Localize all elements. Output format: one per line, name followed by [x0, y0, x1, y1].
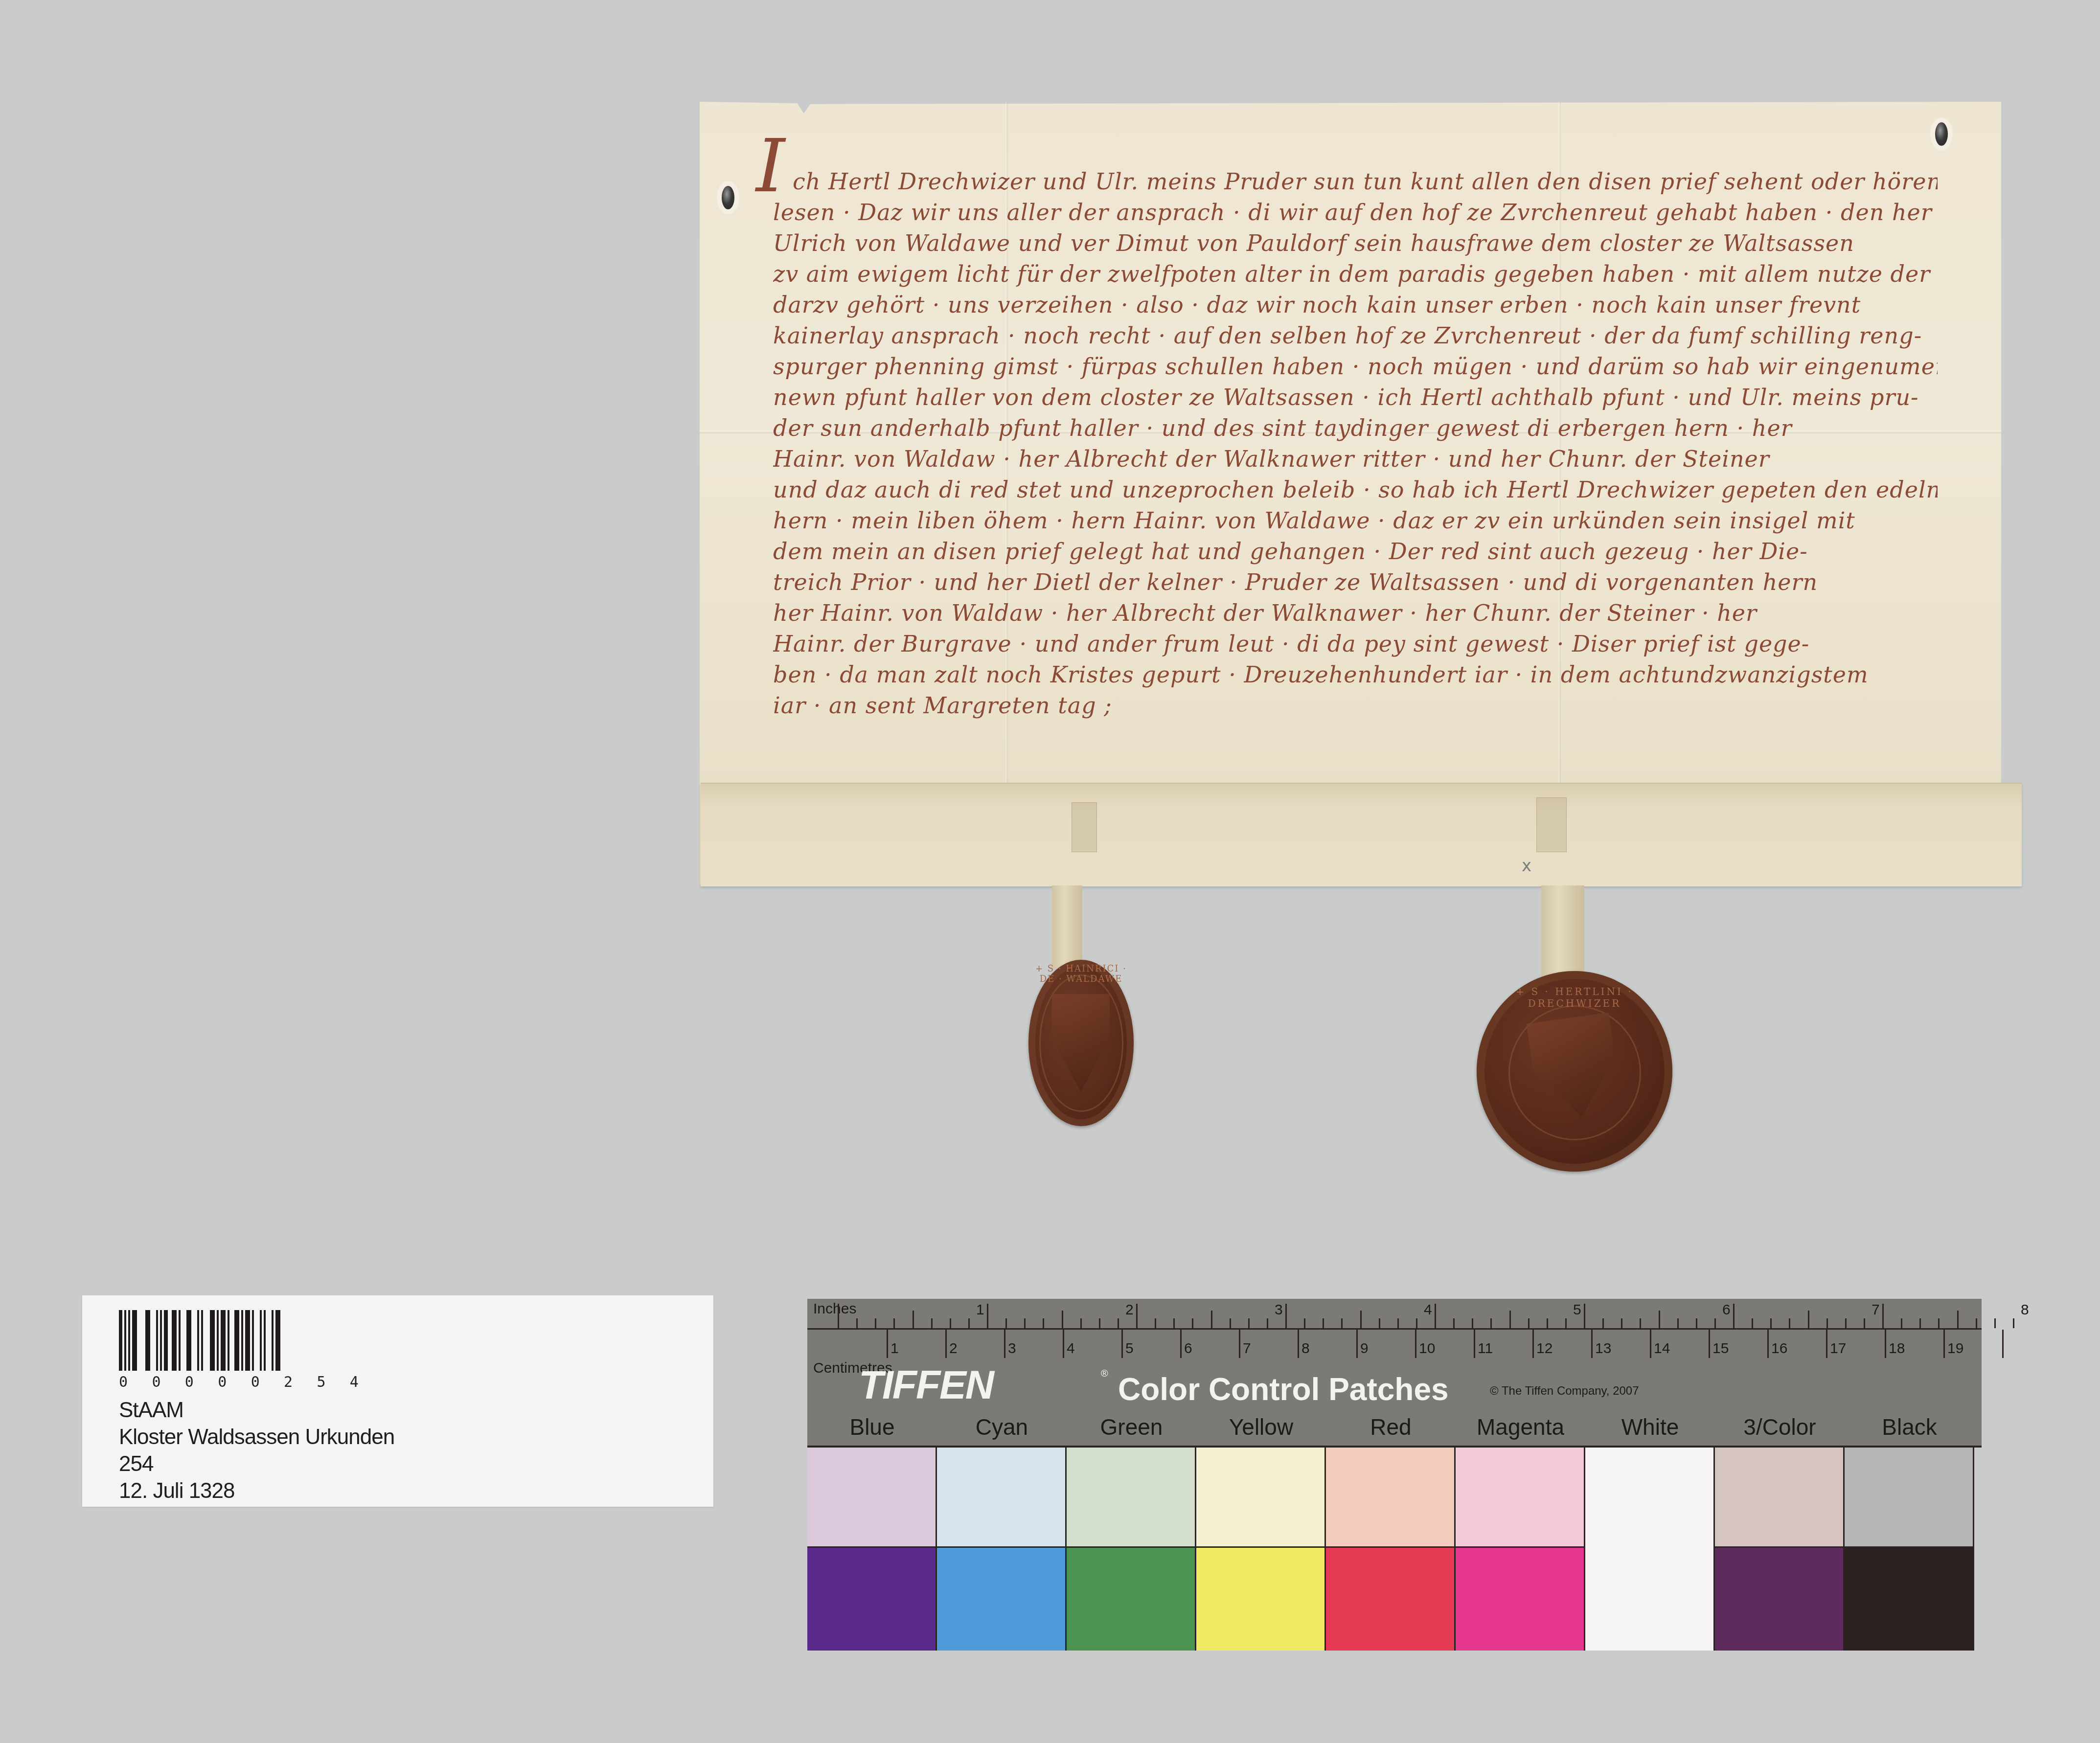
inch-tick: [931, 1318, 933, 1328]
barcode-digit: 0: [119, 1374, 128, 1391]
patch-label-green: Green: [1067, 1414, 1196, 1440]
text-line: newn pfunt haller von dem closter ze Wal…: [773, 382, 1938, 413]
inch-tick: [1043, 1318, 1044, 1328]
inch-tick: [1192, 1318, 1193, 1328]
color-patch-black-light: [1845, 1448, 1974, 1548]
patch-label-blue: Blue: [807, 1414, 937, 1440]
color-patches: [807, 1446, 1982, 1653]
inch-tick: [913, 1311, 914, 1328]
cm-tick: [1121, 1330, 1123, 1358]
inch-tick: [1005, 1318, 1007, 1328]
plica-flap: [701, 783, 2022, 886]
cm-tick-label: 6: [1184, 1340, 1192, 1357]
patch-label-black: Black: [1845, 1414, 1974, 1440]
inch-tick: [1696, 1318, 1697, 1328]
cm-tick: [1885, 1330, 1886, 1358]
color-patch-cyan-dark: [937, 1548, 1067, 1651]
text-line: und daz auch di red stet und unzeprochen…: [773, 475, 1938, 505]
document-number: 254: [119, 1452, 153, 1476]
inch-tick: [1752, 1318, 1753, 1328]
inches-label: Inches: [813, 1301, 856, 1317]
charter-text: ch Hertl Drechwizer und Ulr. meins Prude…: [773, 166, 1938, 721]
cm-tick: [1650, 1330, 1651, 1358]
inch-tick: [1173, 1318, 1175, 1328]
text-line: Hainr. von Waldaw · her Albrecht der Wal…: [773, 444, 1938, 475]
text-line: iar · an sent Margreten tag ;: [773, 690, 1938, 721]
cm-tick-label: 13: [1595, 1340, 1611, 1357]
pin-hole-icon: [1935, 122, 1948, 146]
inch-tick: [1565, 1318, 1567, 1328]
cm-tick-label: 11: [1478, 1340, 1493, 1357]
wax-seal-left: + S · HAINRICI · DE · WALDAWE: [1028, 960, 1134, 1126]
inch-tick: [1453, 1318, 1455, 1328]
barcode: [119, 1310, 280, 1371]
cm-tick: [945, 1330, 947, 1358]
patch-label-red: Red: [1326, 1414, 1456, 1440]
patch-label-magenta: Magenta: [1456, 1414, 1585, 1440]
text-line: spurger phenning gimst · fürpas schullen…: [773, 351, 1938, 382]
color-patch-cyan-light: [937, 1448, 1067, 1548]
cm-tick: [887, 1330, 888, 1358]
text-line: lesen · Daz wir uns aller der ansprach ·…: [773, 197, 1938, 228]
chart-title: Color Control Patches: [1118, 1371, 1449, 1407]
seal-slot: [1072, 802, 1097, 852]
tiffen-color-chart: Inches 12345678 123456789101112131415161…: [807, 1299, 1982, 1651]
barcode-number: 0 0 0 0 0 2 5 4: [119, 1374, 359, 1391]
inch-tick: [1714, 1318, 1716, 1328]
barcode-digit: 0: [152, 1374, 160, 1391]
text-line: Ulrich von Waldawe und ver Dimut von Pau…: [773, 228, 1938, 259]
inch-tick: [1976, 1318, 1977, 1328]
inch-tick: [1136, 1304, 1138, 1328]
cm-tick: [1474, 1330, 1475, 1358]
inch-tick: [1770, 1318, 1772, 1328]
registered-mark: ®: [1101, 1368, 1108, 1380]
inch-tick-label: 7: [1872, 1302, 1880, 1318]
barcode-digit: 4: [350, 1374, 359, 1391]
cm-tick-label: 9: [1360, 1340, 1369, 1357]
cm-tick: [2002, 1330, 2004, 1358]
inch-tick: [1118, 1318, 1119, 1328]
color-patch-yellow-dark: [1196, 1548, 1326, 1651]
inch-tick: [1621, 1318, 1622, 1328]
cm-tick-label: 19: [1947, 1340, 1963, 1357]
patch-label-yellow: Yellow: [1196, 1414, 1326, 1440]
inch-tick: [875, 1318, 876, 1328]
cm-tick: [1415, 1330, 1416, 1358]
cm-tick: [1004, 1330, 1005, 1358]
inch-tick: [1845, 1318, 1847, 1328]
color-patch-white: [1585, 1448, 1715, 1651]
cm-tick: [1356, 1330, 1358, 1358]
color-patch-magenta-dark: [1456, 1548, 1585, 1651]
seal-legend: + S · HAINRICI · DE · WALDAWE: [1028, 964, 1134, 984]
cm-tick: [1591, 1330, 1593, 1358]
cm-tick: [1943, 1330, 1945, 1358]
barcode-digit: 0: [185, 1374, 194, 1391]
inch-tick: [1733, 1304, 1735, 1328]
text-line: kainerlay ansprach · noch recht · auf de…: [773, 320, 1938, 351]
barcode-digit: 2: [284, 1374, 293, 1391]
inch-tick: [1994, 1318, 1996, 1328]
cm-tick: [1767, 1330, 1769, 1358]
cm-tick-label: 16: [1771, 1340, 1787, 1357]
inch-tick: [1882, 1304, 1884, 1328]
inch-tick-label: 3: [1275, 1302, 1283, 1318]
inch-tick: [1099, 1318, 1100, 1328]
patch-label-3color: 3/Color: [1715, 1414, 1845, 1440]
color-patch-red-dark: [1326, 1548, 1456, 1651]
cm-tick: [1180, 1330, 1182, 1358]
barcode-digit: 0: [251, 1374, 260, 1391]
cm-tick-label: 2: [949, 1340, 958, 1357]
cm-tick: [1063, 1330, 1064, 1358]
color-patch-3color-light: [1715, 1448, 1845, 1548]
inch-tick: [1584, 1304, 1585, 1328]
chart-header: Inches 12345678 123456789101112131415161…: [807, 1299, 1982, 1446]
color-patch-black-dark: [1845, 1548, 1974, 1651]
inch-tick: [1919, 1318, 1921, 1328]
inch-tick: [838, 1304, 839, 1328]
color-patch-blue-light: [807, 1448, 937, 1548]
inch-tick: [1062, 1311, 1063, 1328]
copyright-text: © The Tiffen Company, 2007: [1490, 1384, 1639, 1398]
inch-tick: [1509, 1311, 1511, 1328]
text-line: der sun anderhalb pfunt haller · und des…: [773, 413, 1938, 444]
inch-tick: [1211, 1311, 1212, 1328]
archive-name: StAAM: [119, 1398, 183, 1423]
pin-hole-icon: [722, 186, 734, 209]
inch-tick: [1472, 1318, 1473, 1328]
color-patch-yellow-light: [1196, 1448, 1326, 1548]
inch-tick: [968, 1318, 970, 1328]
inch-tick: [1267, 1318, 1268, 1328]
inch-tick-label: 5: [1573, 1302, 1581, 1318]
inch-tick-label: 4: [1424, 1302, 1432, 1318]
inch-tick: [1659, 1311, 1660, 1328]
seal-legend: + S · HERTLINI · DRECHWIZER: [1477, 986, 1672, 1009]
text-line: treich Prior · und her Dietl der kelner …: [773, 567, 1938, 598]
cm-tick: [1709, 1330, 1710, 1358]
cm-tick: [1826, 1330, 1827, 1358]
inch-tick: [1416, 1318, 1417, 1328]
text-line: dem mein an disen prief gelegt hat und g…: [773, 536, 1938, 567]
cm-tick-label: 18: [1889, 1340, 1905, 1357]
seal-tag-left: [1052, 885, 1082, 969]
cm-tick: [1298, 1330, 1299, 1358]
inch-tick-label: 6: [1722, 1302, 1731, 1318]
cm-tick-label: 15: [1712, 1340, 1729, 1357]
inch-tick: [1304, 1318, 1305, 1328]
inch-tick: [1957, 1311, 1959, 1328]
text-line: Hainr. der Burgrave · und ander frum leu…: [773, 629, 1938, 659]
color-patch-green-light: [1067, 1448, 1196, 1548]
color-patch-blue-dark: [807, 1548, 937, 1651]
cm-tick-label: 17: [1830, 1340, 1846, 1357]
color-patch-3color-dark: [1715, 1548, 1845, 1651]
cm-tick-label: 1: [890, 1340, 899, 1357]
inch-tick: [1490, 1318, 1492, 1328]
cm-tick-label: 14: [1654, 1340, 1670, 1357]
inch-tick: [1640, 1318, 1641, 1328]
inch-tick: [1230, 1318, 1231, 1328]
cm-tick-label: 10: [1419, 1340, 1435, 1357]
text-line: ch Hertl Drechwizer und Ulr. meins Prude…: [773, 166, 1938, 197]
barcode-digit: 0: [218, 1374, 227, 1391]
cm-tick: [1532, 1330, 1534, 1358]
seal-slot: [1536, 797, 1567, 852]
inch-tick: [1528, 1318, 1529, 1328]
inch-tick: [1323, 1318, 1324, 1328]
ruler-baseline: [807, 1328, 1982, 1330]
color-patch-red-light: [1326, 1448, 1456, 1548]
inch-tick: [1547, 1318, 1548, 1328]
patch-label-cyan: Cyan: [937, 1414, 1067, 1440]
inch-tick: [1435, 1304, 1436, 1328]
inch-tick: [1677, 1318, 1679, 1328]
inch-tick: [1864, 1318, 1865, 1328]
text-line: ben · da man zalt noch Kristes gepurt · …: [773, 659, 1938, 690]
inch-tick-label: 8: [2021, 1302, 2029, 1318]
barcode-digit: 5: [317, 1374, 325, 1391]
text-line: hern · mein liben öhem · hern Hainr. von…: [773, 505, 1938, 536]
cm-tick-label: 7: [1243, 1340, 1251, 1357]
patch-label-white: White: [1585, 1414, 1715, 1440]
inch-tick: [1080, 1318, 1082, 1328]
inch-tick: [2013, 1318, 2014, 1328]
color-patch-green-dark: [1067, 1548, 1196, 1651]
inch-tick: [1155, 1318, 1156, 1328]
inch-tick: [1602, 1318, 1604, 1328]
seal-tag-right: [1541, 885, 1584, 978]
document-date: 12. Juli 1328: [119, 1479, 235, 1503]
cm-tick-label: 4: [1067, 1340, 1075, 1357]
cm-tick-label: 12: [1536, 1340, 1552, 1357]
inch-tick: [1901, 1318, 1902, 1328]
archive-label: 0 0 0 0 0 2 5 4 StAAM Kloster Waldsassen…: [82, 1295, 713, 1507]
wax-seal-right: + S · HERTLINI · DRECHWIZER: [1477, 971, 1672, 1172]
inch-tick: [1360, 1311, 1362, 1328]
text-line: darzv gehört · uns verzeihen · also · da…: [773, 290, 1938, 320]
inch-tick: [950, 1318, 951, 1328]
inch-tick: [1341, 1318, 1343, 1328]
inch-tick: [1248, 1318, 1250, 1328]
inch-tick-label: 2: [1125, 1302, 1134, 1318]
pencil-mark: x: [1522, 856, 1531, 876]
cm-tick-label: 8: [1301, 1340, 1310, 1357]
tiffen-logo: TIFFEN: [859, 1362, 993, 1408]
inch-tick: [1789, 1318, 1790, 1328]
inch-tick-label: 1: [976, 1302, 984, 1318]
inch-tick: [1938, 1318, 1940, 1328]
color-patch-magenta-light: [1456, 1448, 1585, 1548]
cm-tick: [1239, 1330, 1240, 1358]
inch-tick: [1379, 1318, 1380, 1328]
inch-tick: [1285, 1304, 1287, 1328]
cm-tick-label: 3: [1008, 1340, 1016, 1357]
inch-tick: [1397, 1318, 1399, 1328]
inch-tick: [1808, 1311, 1809, 1328]
inch-tick: [1024, 1318, 1026, 1328]
inch-tick: [1826, 1318, 1828, 1328]
collection-name: Kloster Waldsassen Urkunden: [119, 1425, 394, 1449]
inch-tick: [856, 1318, 858, 1328]
inch-tick: [893, 1318, 895, 1328]
text-line: zv aim ewigem licht für der zwelfpoten a…: [773, 259, 1938, 290]
inch-tick: [987, 1304, 988, 1328]
text-line: her Hainr. von Waldaw · her Albrecht der…: [773, 598, 1938, 629]
cm-tick-label: 5: [1125, 1340, 1134, 1357]
